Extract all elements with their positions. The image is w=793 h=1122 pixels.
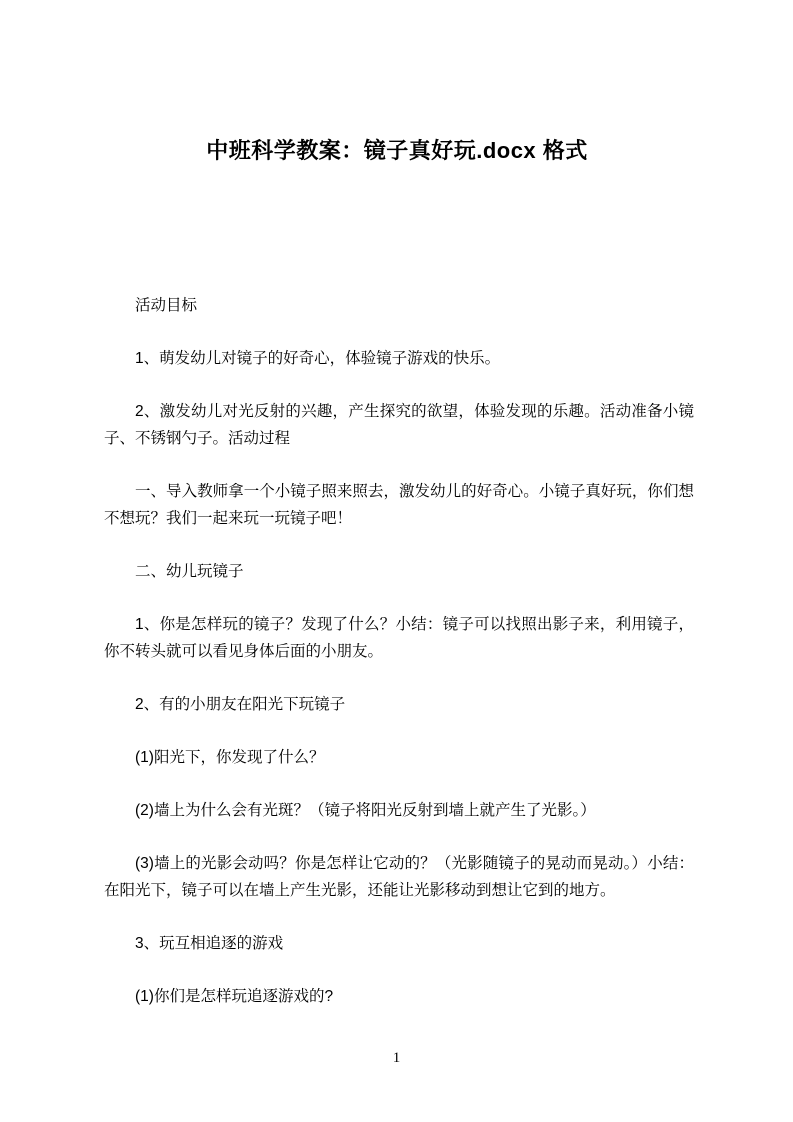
document-page: 中班科学教案：镜子真好玩.docx 格式 活动目标 1、萌发幼儿对镜子的好奇心，… [0, 0, 793, 1122]
paragraph: (2)墙上为什么会有光斑？（镜子将阳光反射到墙上就产生了光影。） [104, 797, 694, 824]
paragraph: (3)墙上的光影会动吗？你是怎样让它动的？（光影随镜子的晃动而晃动。）小结：在阳… [104, 850, 694, 904]
document-title: 中班科学教案：镜子真好玩.docx 格式 [0, 0, 793, 166]
paragraph: 2、有的小朋友在阳光下玩镜子 [104, 691, 694, 718]
paragraph: 3、玩互相追逐的游戏 [104, 930, 694, 957]
paragraph: 二、幼儿玩镜子 [104, 558, 694, 585]
paragraph: 1、你是怎样玩的镜子？发现了什么？小结：镜子可以找照出影子来，利用镜子，你不转头… [104, 611, 694, 665]
paragraph: 1、萌发幼儿对镜子的好奇心，体验镜子游戏的快乐。 [104, 345, 694, 372]
paragraph: (1)你们是怎样玩追逐游戏的? [104, 983, 694, 1010]
page-number: 1 [0, 1050, 793, 1067]
paragraph: 一、导入教师拿一个小镜子照来照去，激发幼儿的好奇心。小镜子真好玩，你们想不想玩？… [104, 478, 694, 532]
paragraph: 2、激发幼儿对光反射的兴趣，产生探究的欲望，体验发现的乐趣。活动准备小镜子、不锈… [104, 398, 694, 452]
paragraph: (1)阳光下，你发现了什么？ [104, 744, 694, 771]
paragraph: 活动目标 [104, 292, 694, 319]
document-body: 活动目标 1、萌发幼儿对镜子的好奇心，体验镜子游戏的快乐。 2、激发幼儿对光反射… [0, 292, 694, 1010]
